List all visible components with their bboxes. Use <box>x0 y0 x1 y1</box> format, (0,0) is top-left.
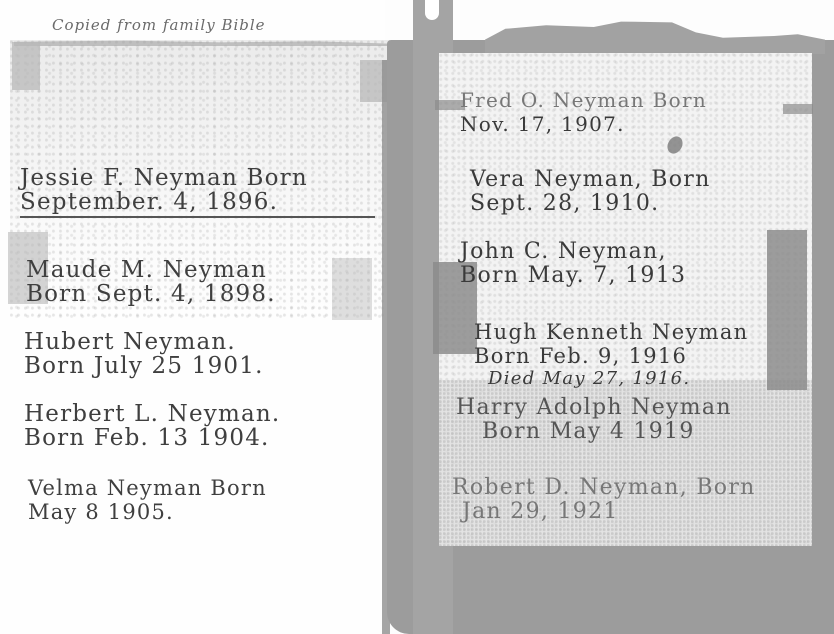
tape-mark <box>12 42 40 90</box>
entry-date: Born May. 7, 1913 <box>460 264 686 288</box>
tape-mark <box>332 258 372 320</box>
scanned-document: Copied from family Bible Jessie F. Neyma… <box>0 0 834 634</box>
entry-date: May 8 1905. <box>28 500 267 524</box>
binding-hole <box>425 0 439 20</box>
entry-date: Born Feb. 9, 1916 <box>474 344 748 368</box>
entry-name: Harry Adolph Neyman <box>456 395 732 420</box>
entry-name: Velma Neyman Born <box>28 476 267 500</box>
tape-mark <box>767 230 807 390</box>
entry-death-date: Died May 27, 1916. <box>488 368 748 390</box>
entry-date: Jan 29, 1921 <box>462 500 756 524</box>
record-entry: Robert D. Neyman, Born Jan 29, 1921 <box>452 476 756 524</box>
record-entry: Herbert L. Neyman. Born Feb. 13 1904. <box>24 402 280 450</box>
entry-date: September. 4, 1896. <box>20 190 375 218</box>
record-entry: Hugh Kenneth Neyman Born Feb. 9, 1916 Di… <box>474 320 748 390</box>
torn-edge <box>485 18 825 54</box>
entry-date: Born July 25 1901. <box>24 354 264 378</box>
entry-date: Born Feb. 13 1904. <box>24 426 280 450</box>
record-entry: Velma Neyman Born May 8 1905. <box>28 476 267 524</box>
entry-date: Born May 4 1919 <box>482 420 732 444</box>
record-entry: Maude M. Neyman Born Sept. 4, 1898. <box>26 258 276 306</box>
entry-name: Jessie F. Neyman Born <box>20 165 308 191</box>
record-entry: Harry Adolph Neyman Born May 4 1919 <box>456 396 732 444</box>
entry-name: Hubert Neyman. <box>24 329 236 355</box>
record-entry: Jessie F. Neyman Born September. 4, 1896… <box>20 166 375 218</box>
entry-date: Sept. 28, 1910. <box>470 192 711 216</box>
header-note: Copied from family Bible <box>52 16 266 34</box>
entry-name: Maude M. Neyman <box>26 257 267 283</box>
left-page: Copied from family Bible Jessie F. Neyma… <box>0 0 385 634</box>
entry-name: John C. Neyman, <box>460 239 667 264</box>
record-entry: Vera Neyman, Born Sept. 28, 1910. <box>470 168 711 216</box>
record-entry: Hubert Neyman. Born July 25 1901. <box>24 330 264 378</box>
record-entry: John C. Neyman, Born May. 7, 1913 <box>460 240 686 288</box>
entry-name: Fred O. Neyman Born <box>460 88 707 112</box>
entry-name: Robert D. Neyman, Born <box>452 475 756 500</box>
entry-name: Hugh Kenneth Neyman <box>474 320 748 344</box>
tape-mark <box>783 104 813 114</box>
entry-name: Vera Neyman, Born <box>470 167 711 192</box>
entry-date: Born Sept. 4, 1898. <box>26 282 276 306</box>
entry-name: Herbert L. Neyman. <box>24 401 280 427</box>
record-entry: Fred O. Neyman Born Nov. 17, 1907. <box>460 88 707 136</box>
entry-date: Nov. 17, 1907. <box>460 112 707 136</box>
